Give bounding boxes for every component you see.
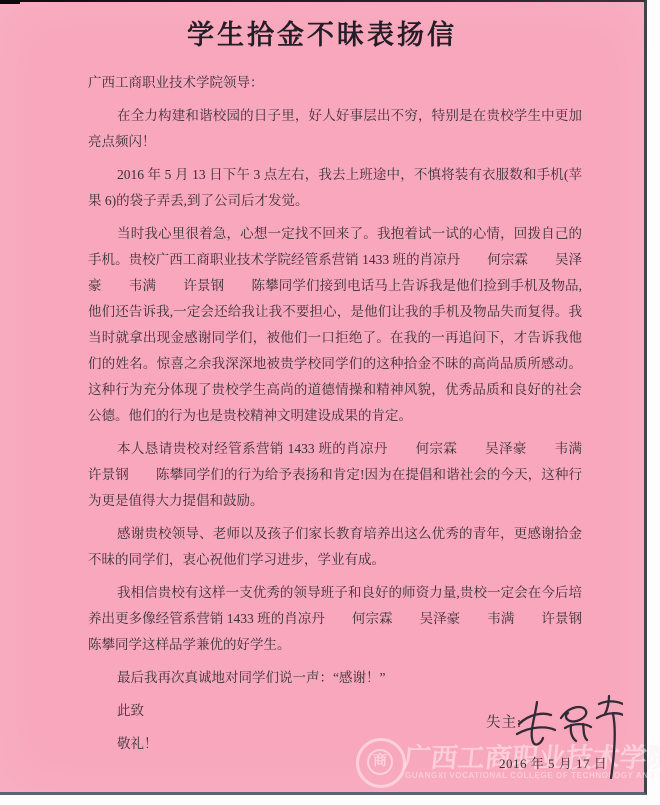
letter-date: 2016 年 5 月 17 日 — [499, 753, 607, 772]
salutation: 广西工商职业技术学院领导： — [88, 70, 582, 96]
handwritten-signature — [513, 688, 623, 788]
pink-letter-paper: 商 广西工商职业技术学院 GUANGXI VOCATIONAL COLLEGE … — [0, 0, 647, 795]
scanned-letter-page: 商 广西工商职业技术学院 GUANGXI VOCATIONAL COLLEGE … — [0, 0, 660, 805]
paragraph-1: 在全力构建和谐校园的日子里，好人好事层出不穷，特别是在贵校学生中更加亮点频闪！ — [88, 103, 582, 155]
paragraph-2: 2016 年 5 月 13 日下午 3 点左右，我去上班途中，不慎将装有衣服数和… — [88, 162, 582, 214]
paragraph-7: 最后我再次真诚地对同学们说一声：“感谢！” — [88, 665, 582, 691]
paragraph-4: 本人恳请贵校对经管系营销 1433 班的肖凉丹 何宗霖 吴泽豪 韦满 许景钢 陈… — [88, 436, 582, 514]
letter-title: 学生拾金不昧表扬信 — [0, 13, 644, 52]
scan-edge-top — [0, 0, 645, 2]
paragraph-6: 我相信贵校有这样一支优秀的领导班子和良好的师资力量,贵校一定会在今后培养出更多像… — [88, 580, 582, 658]
paragraph-5: 感谢贵校领导、老师以及孩子们家长教育培养出这么优秀的青年，更感谢拾金不昧的同学们… — [88, 521, 582, 573]
paragraph-3: 当时我心里很着急，心想一定找不回来了。我抱着试一试的心情，回拨自己的手机。贵校广… — [88, 221, 582, 429]
letter-body: 广西工商职业技术学院领导： 在全力构建和谐校园的日子里，好人好事层出不穷，特别是… — [88, 70, 582, 764]
scan-edge-corner — [0, 0, 20, 4]
